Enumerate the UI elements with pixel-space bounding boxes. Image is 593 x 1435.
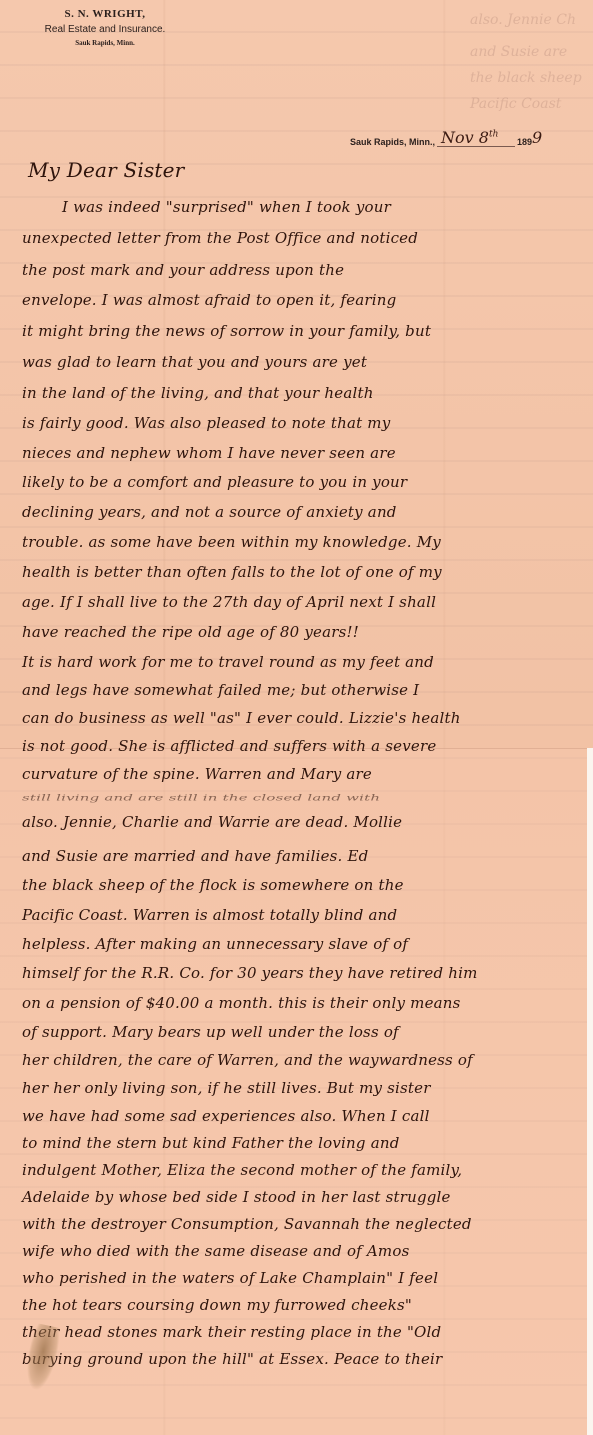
- body-line: and Susie are married and have families.…: [22, 846, 368, 866]
- body-line: nieces and nephew whom I have never seen…: [22, 443, 396, 463]
- body-line: is fairly good. Was also pleased to note…: [22, 413, 390, 433]
- body-line: curvature of the spine. Warren and Mary …: [22, 764, 372, 784]
- body-line: also. Jennie, Charlie and Warrie are dea…: [22, 812, 402, 832]
- body-line: Pacific Coast. Warren is almost totally …: [22, 905, 397, 925]
- body-line: who perished in the waters of Lake Champ…: [22, 1268, 438, 1288]
- date-suffix: th: [489, 130, 498, 140]
- letterhead-business: Real Estate and Insurance.: [10, 24, 200, 35]
- body-line: burying ground upon the hill" at Essex. …: [22, 1349, 442, 1369]
- body-line: the black sheep of the flock is somewher…: [22, 875, 404, 895]
- body-line: wife who died with the same disease and …: [22, 1241, 409, 1261]
- dateline-place: Sauk Rapids, Minn.,: [350, 137, 435, 147]
- bleedthrough-text: Pacific Coast: [470, 96, 561, 112]
- body-line: age. If I shall live to the 27th day of …: [22, 592, 436, 612]
- body-line: her children, the care of Warren, and th…: [22, 1050, 473, 1070]
- dateline-year-handwritten: 9: [532, 128, 542, 147]
- body-line: to mind the stern but kind Father the lo…: [22, 1133, 400, 1153]
- dateline-date: Nov 8th: [437, 130, 515, 147]
- body-line: her her only living son, if he still liv…: [22, 1078, 431, 1098]
- body-line: was glad to learn that you and yours are…: [22, 352, 367, 372]
- body-line: their head stones mark their resting pla…: [22, 1322, 441, 1342]
- date-value: Nov 8: [441, 128, 489, 147]
- body-line: I was indeed "surprised" when I took you…: [62, 197, 391, 217]
- bleedthrough-text: and Susie are: [470, 44, 567, 60]
- body-line: have reached the ripe old age of 80 year…: [22, 622, 359, 642]
- body-line: indulgent Mother, Eliza the second mothe…: [22, 1160, 462, 1180]
- body-line: it might bring the news of sorrow in you…: [22, 321, 431, 341]
- body-line: on a pension of $40.00 a month. this is …: [22, 993, 461, 1013]
- body-line: of support. Mary bears up well under the…: [22, 1022, 399, 1042]
- salutation: My Dear Sister: [28, 160, 184, 180]
- bleedthrough-text: also. Jennie Ch: [470, 12, 576, 28]
- bleedthrough-text: the black sheep: [470, 70, 582, 86]
- body-line: is not good. She is afflicted and suffer…: [22, 736, 436, 756]
- body-line: the hot tears coursing down my furrowed …: [22, 1295, 412, 1315]
- body-line: the post mark and your address upon the: [22, 260, 344, 280]
- paper-edge: [587, 748, 593, 1435]
- body-line: trouble. as some have been within my kno…: [22, 532, 441, 552]
- letterhead-place: Sauk Rapids, Minn.: [10, 39, 200, 47]
- letterhead: S. N. WRIGHT, Real Estate and Insurance.…: [10, 8, 200, 47]
- dateline-year-printed: 189: [517, 137, 532, 147]
- body-line: health is better than often falls to the…: [22, 562, 442, 582]
- body-line: Adelaide by whose bed side I stood in he…: [22, 1187, 451, 1207]
- body-line: with the destroyer Consumption, Savannah…: [22, 1214, 472, 1234]
- body-line: unexpected letter from the Post Office a…: [22, 228, 418, 248]
- body-line: likely to be a comfort and pleasure to y…: [22, 472, 407, 492]
- dateline: Sauk Rapids, Minn., Nov 8th 189 9: [350, 128, 590, 147]
- letterhead-name: S. N. WRIGHT,: [10, 8, 200, 20]
- body-line: we have had some sad experiences also. W…: [22, 1106, 430, 1126]
- body-line: declining years, and not a source of anx…: [22, 502, 397, 522]
- body-line: himself for the R.R. Co. for 30 years th…: [22, 963, 478, 983]
- body-line: helpless. After making an unnecessary sl…: [22, 934, 408, 954]
- body-line: in the land of the living, and that your…: [22, 383, 374, 403]
- body-line: envelope. I was almost afraid to open it…: [22, 290, 396, 310]
- body-line: It is hard work for me to travel round a…: [22, 652, 434, 672]
- letter-page: also. Jennie Ch and Susie are the black …: [0, 0, 593, 1435]
- body-line: can do business as well "as" I ever coul…: [22, 708, 461, 728]
- body-line-cut-off: still living and are still in the closed…: [22, 792, 380, 803]
- body-line: and legs have somewhat failed me; but ot…: [22, 680, 419, 700]
